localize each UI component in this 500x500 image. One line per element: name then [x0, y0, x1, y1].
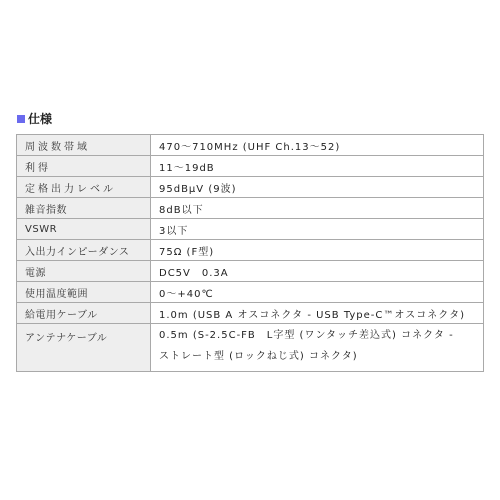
row-label-frequency-band: 周波数帯域: [17, 135, 151, 156]
row-label-impedance: 入出力インピーダンス: [17, 240, 151, 261]
row-value-operating-temp: 0〜+40℃: [151, 282, 484, 303]
row-label-power-cable: 給電用ケーブル: [17, 303, 151, 324]
row-label-operating-temp: 使用温度範囲: [17, 282, 151, 303]
row-label-rated-output: 定格出力レベル: [17, 177, 151, 198]
row-value-antenna-cable: 0.5m (S-2.5C-FB L字型 (ワンタッチ差込式) コネクタ - スト…: [151, 324, 484, 372]
section-heading: 仕様: [17, 110, 52, 127]
table-row: 給電用ケーブル 1.0m (USB A オスコネクタ - USB Type-C™…: [17, 303, 484, 324]
table-row: アンテナケーブル 0.5m (S-2.5C-FB L字型 (ワンタッチ差込式) …: [17, 324, 484, 372]
row-value-gain: 11〜19dB: [151, 156, 484, 177]
row-value-rated-output: 95dBμV (9波): [151, 177, 484, 198]
row-value-vswr: 3以下: [151, 219, 484, 240]
row-value-power: DC5V 0.3A: [151, 261, 484, 282]
antenna-cable-line-2: ストレート型 (ロックねじ式) コネクタ): [159, 346, 475, 367]
table-row: 電源 DC5V 0.3A: [17, 261, 484, 282]
heading-marker-icon: [17, 115, 25, 123]
table-row: VSWR 3以下: [17, 219, 484, 240]
table-row: 入出力インピーダンス 75Ω (F型): [17, 240, 484, 261]
table-row: 使用温度範囲 0〜+40℃: [17, 282, 484, 303]
row-label-gain: 利得: [17, 156, 151, 177]
row-label-noise-figure: 雑音指数: [17, 198, 151, 219]
spec-table: 周波数帯域 470〜710MHz (UHF Ch.13〜52) 利得 11〜19…: [16, 134, 484, 372]
row-value-power-cable: 1.0m (USB A オスコネクタ - USB Type-C™オスコネクタ): [151, 303, 484, 324]
row-label-power: 電源: [17, 261, 151, 282]
table-row: 雑音指数 8dB以下: [17, 198, 484, 219]
row-value-frequency-band: 470〜710MHz (UHF Ch.13〜52): [151, 135, 484, 156]
table-row: 利得 11〜19dB: [17, 156, 484, 177]
row-label-antenna-cable: アンテナケーブル: [17, 324, 151, 372]
table-row: 周波数帯域 470〜710MHz (UHF Ch.13〜52): [17, 135, 484, 156]
row-value-impedance: 75Ω (F型): [151, 240, 484, 261]
row-label-vswr: VSWR: [17, 219, 151, 240]
table-row: 定格出力レベル 95dBμV (9波): [17, 177, 484, 198]
antenna-cable-line-1: 0.5m (S-2.5C-FB L字型 (ワンタッチ差込式) コネクタ -: [159, 325, 475, 346]
section-title: 仕様: [28, 110, 52, 127]
row-value-noise-figure: 8dB以下: [151, 198, 484, 219]
